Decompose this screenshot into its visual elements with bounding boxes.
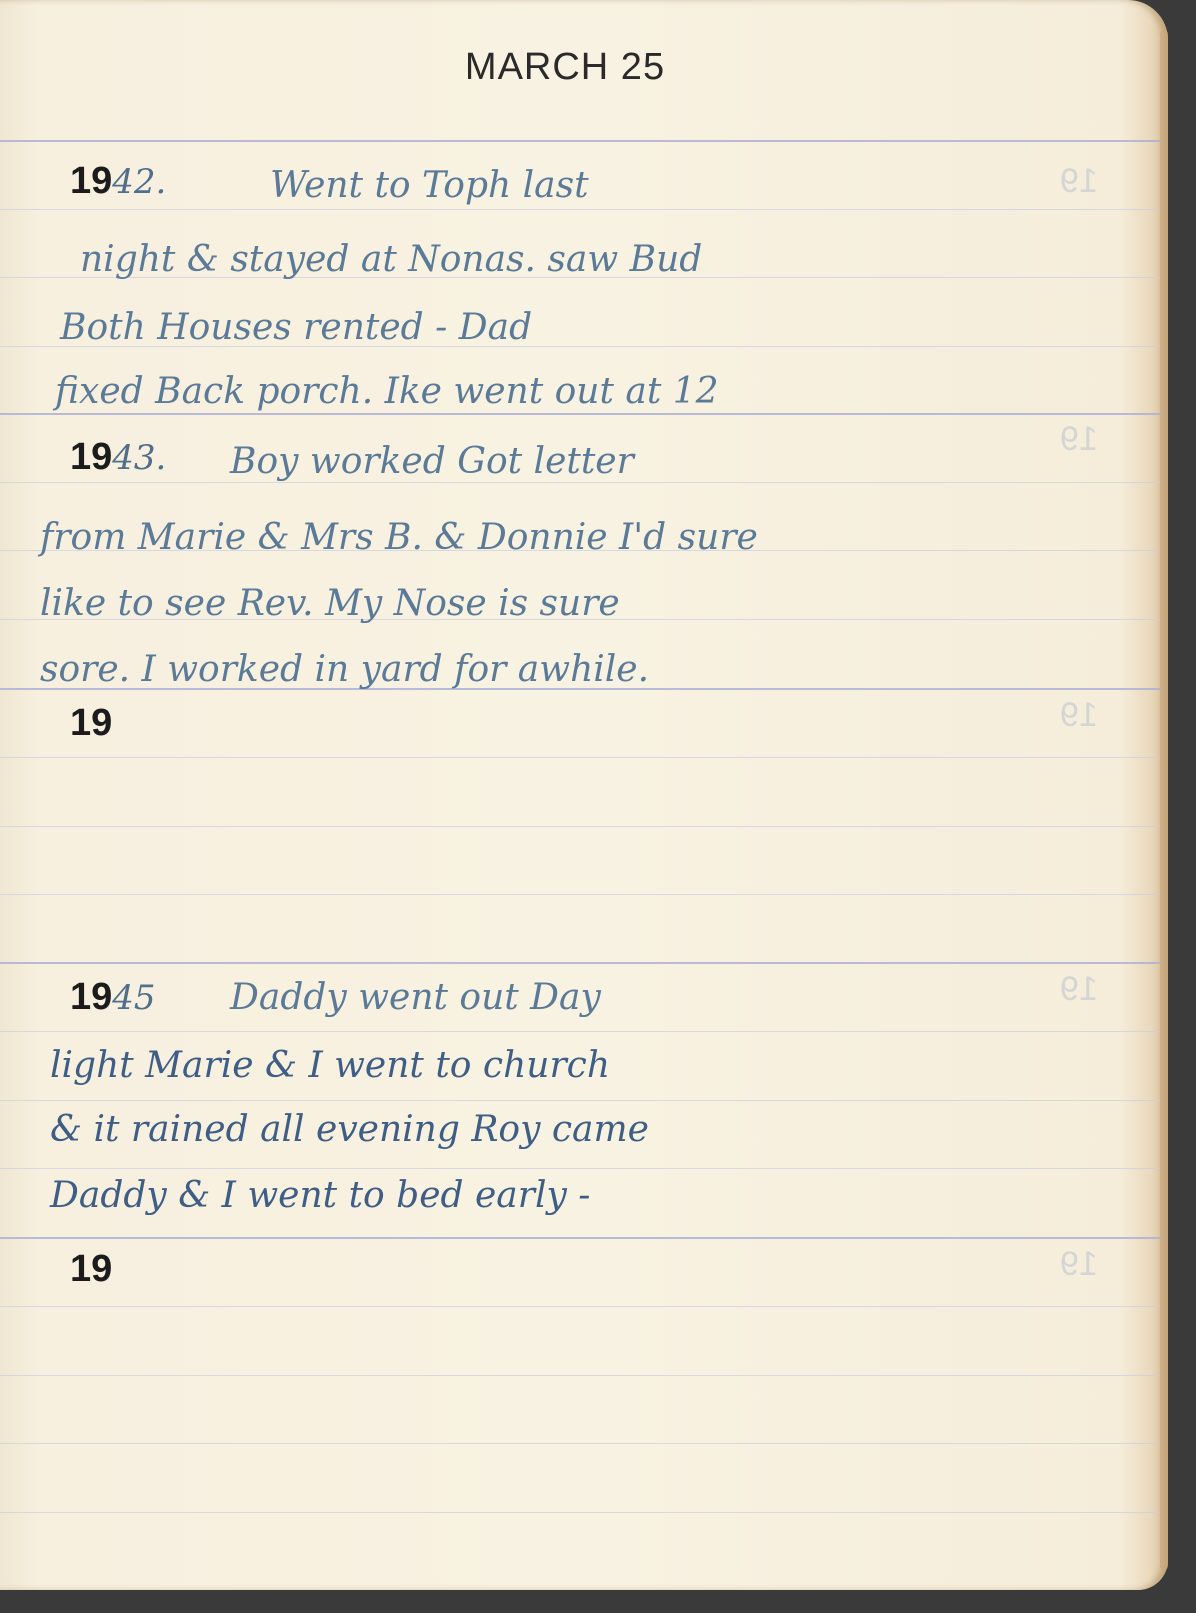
faint-line — [0, 894, 1160, 895]
bleed-through-year: 19 — [1060, 162, 1098, 201]
year-prefix: 19 — [70, 976, 112, 1018]
faint-line — [0, 826, 1160, 827]
entry-line: sore. I worked in yard for awhile. — [40, 634, 649, 706]
year-prefix: 19 — [70, 436, 112, 478]
faint-line — [0, 1375, 1160, 1376]
bleed-through-year: 19 — [1060, 420, 1098, 459]
faint-line — [0, 757, 1160, 758]
entry-year: 1945 — [70, 976, 156, 1019]
diary-page: MARCH 25 19 19 19 19 19 1942. Went to To… — [0, 0, 1168, 1590]
page-title: MARCH 25 — [0, 46, 1130, 89]
entry-year: 1942. — [70, 160, 166, 203]
year-suffix: 43. — [112, 438, 166, 478]
entry-line: Both Houses rented - Dad — [60, 292, 532, 364]
entry-year: 1943. — [70, 436, 166, 479]
year-prefix: 19 — [70, 1248, 112, 1290]
bleed-through-year: 19 — [1060, 696, 1098, 735]
page-edge — [1160, 30, 1168, 1570]
entry-year: 19 — [70, 702, 112, 745]
entry-line: Boy worked Got letter — [230, 426, 634, 498]
entry-line: Went to Toph last — [270, 150, 589, 222]
entry-line: night & stayed at Nonas. saw Bud — [80, 224, 702, 296]
year-prefix: 19 — [70, 160, 112, 202]
divider-rule — [0, 140, 1160, 142]
faint-line — [0, 1443, 1160, 1444]
year-suffix: 42. — [112, 162, 166, 202]
entry-line: Daddy went out Day — [230, 962, 601, 1034]
divider-rule — [0, 1237, 1160, 1239]
entry-line: like to see Rev. My Nose is sure — [40, 568, 620, 640]
bleed-through-year: 19 — [1060, 1245, 1098, 1284]
faint-line — [0, 1512, 1160, 1513]
entry-line: Daddy & I went to bed early - — [50, 1160, 590, 1232]
entry-line: & it rained all evening Roy came — [50, 1094, 649, 1166]
entry-year: 19 — [70, 1248, 112, 1291]
entry-line: light Marie & I went to church — [50, 1030, 610, 1102]
year-prefix: 19 — [70, 702, 112, 744]
year-suffix: 45 — [112, 978, 155, 1018]
faint-line — [0, 1306, 1160, 1307]
entry-line: fixed Back porch. Ike went out at 12 — [55, 356, 719, 428]
bleed-through-year: 19 — [1060, 970, 1098, 1009]
entry-line: from Marie & Mrs B. & Donnie I'd sure — [40, 502, 758, 574]
